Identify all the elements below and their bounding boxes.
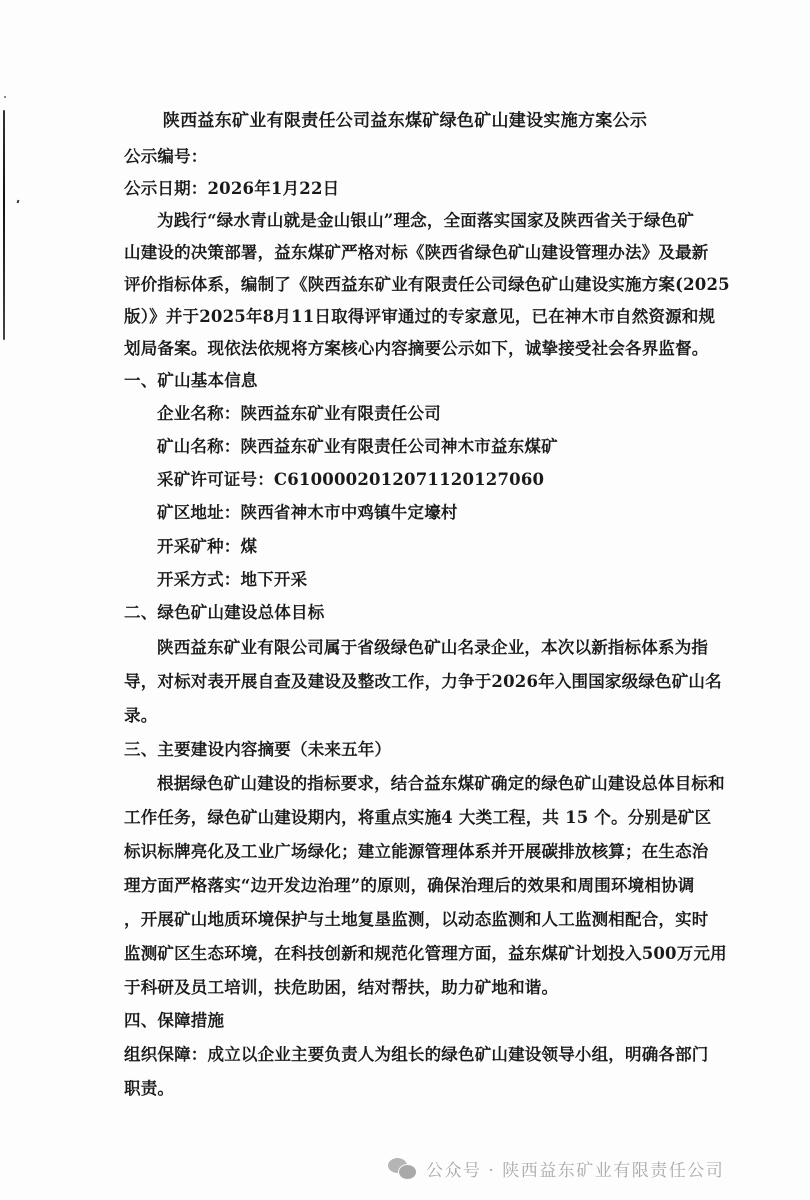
intro-line: 为践行“绿水青山就是金山银山”理念，全面落实国家及陕西省关于绿色矿 bbox=[157, 211, 694, 231]
info-item: 企业名称：陕西益东矿业有限责任公司 bbox=[157, 404, 441, 424]
info-item: 开采方式：地下开采 bbox=[157, 570, 307, 590]
paragraph-line: 陕西益东矿业有限公司属于省级绿色矿山名录企业，本次以新指标体系为指 bbox=[157, 638, 708, 658]
document-page: 陕西益东矿业有限责任公司益东煤矿绿色矿山建设实施方案公示 公示编号： 公示日期：… bbox=[0, 0, 810, 1200]
scan-mark bbox=[4, 96, 6, 98]
document-title: 陕西益东矿业有限责任公司益东煤矿绿色矿山建设实施方案公示 bbox=[0, 106, 810, 131]
paragraph-line: 理方面严格落实“边开发边治理”的原则，确保治理后的效果和周围环境相协调 bbox=[124, 876, 694, 896]
section-heading: 二、绿色矿山建设总体目标 bbox=[124, 603, 324, 623]
intro-line: 划局备案。现依法依规将方案核心内容摘要公示如下，诚挚接受社会各界监督。 bbox=[124, 339, 709, 359]
paragraph-line: 导，对标对表开展自查及建设及整改工作，力争于2026年入围国家级绿色矿山名 bbox=[124, 672, 722, 692]
paragraph-line: 根据绿色矿山建设的指标要求，结合益东煤矿确定的绿色矿山建设总体目标和 bbox=[157, 774, 725, 794]
scan-mark bbox=[17, 200, 20, 204]
section-heading: 四、保障措施 bbox=[124, 1011, 224, 1031]
paragraph-line: 监测矿区生态环境，在科技创新和规范化管理方面，益东煤矿计划投入500万元用 bbox=[124, 944, 727, 964]
info-item: 开采矿种：煤 bbox=[157, 537, 257, 557]
info-item: 矿区地址：陕西省神木市中鸡镇牛定壕村 bbox=[157, 503, 458, 523]
paragraph-line: 标识标牌亮化及工业广场绿化；建立能源管理体系并开展碳排放核算；在生态治 bbox=[124, 842, 709, 862]
intro-line: 评价指标体系，编制了《陕西益东矿业有限责任公司绿色矿山建设实施方案(2025 bbox=[124, 275, 730, 295]
scan-edge-line bbox=[3, 110, 5, 340]
info-item: 采矿许可证号：C6100002012071120127060 bbox=[157, 470, 544, 490]
paragraph-line: 工作任务，绿色矿山建设期内，将重点实施4 大类工程，共 15 个。分别是矿区 bbox=[124, 808, 711, 828]
paragraph-line: 录。 bbox=[124, 706, 157, 726]
wechat-account-watermark: 公众号 · 陕西益东矿业有限责任公司 bbox=[388, 1156, 724, 1181]
footer-text: 公众号 · 陕西益东矿业有限责任公司 bbox=[426, 1156, 724, 1181]
paragraph-line: 职责。 bbox=[124, 1079, 174, 1099]
intro-line: 山建设的决策部署，益东煤矿严格对标《陕西省绿色矿山建设管理办法》及最新 bbox=[124, 243, 709, 263]
paragraph-line: 于科研及员工培训，扶危助困，结对帮扶，助力矿地和谐。 bbox=[124, 978, 558, 998]
section-heading: 一、矿山基本信息 bbox=[124, 371, 258, 391]
section-heading: 三、主要建设内容摘要（未来五年） bbox=[124, 740, 391, 760]
wechat-icon bbox=[388, 1158, 418, 1180]
paragraph-line: 组织保障：成立以企业主要负责人为组长的绿色矿山建设领导小组，明确各部门 bbox=[124, 1045, 709, 1065]
notice-number: 公示编号： bbox=[124, 147, 208, 167]
info-item: 矿山名称：陕西益东矿业有限责任公司神木市益东煤矿 bbox=[157, 437, 558, 457]
notice-date: 公示日期：2026年1月22日 bbox=[124, 179, 339, 199]
paragraph-line: ，开展矿山地质环境保护与土地复垦监测，以动态监测和人工监测相配合，实时 bbox=[124, 910, 709, 930]
intro-line: 版）》并于2025年8月11日取得评审通过的专家意见，已在神木市自然资源和规 bbox=[124, 307, 715, 327]
